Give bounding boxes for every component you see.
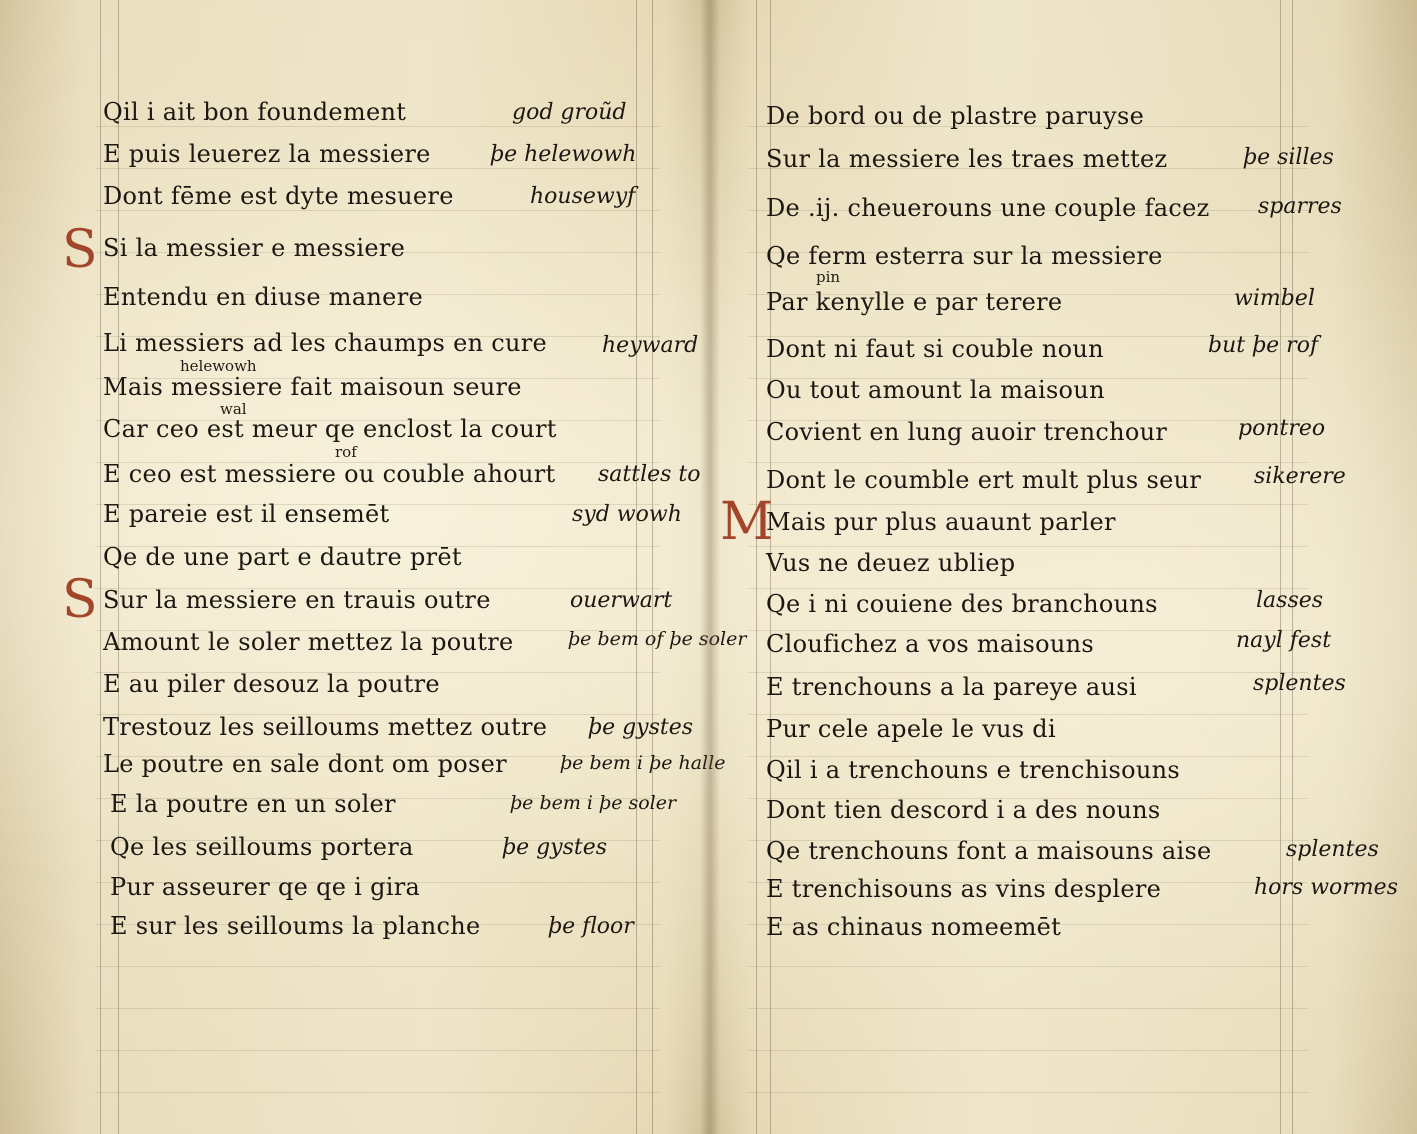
text-line: E ceo est messiere ou couble ahourt	[103, 460, 555, 488]
ruling-line	[95, 378, 660, 379]
ruling-line	[95, 714, 660, 715]
gloss: þe helewowh	[490, 142, 636, 167]
ruling-line	[95, 672, 660, 673]
text-line: Le poutre en sale dont om poser	[103, 750, 507, 778]
rubric-initial: S	[62, 224, 98, 276]
ruling-line	[95, 798, 660, 799]
ruling-line	[95, 546, 660, 547]
interlinear-gloss: rof	[335, 443, 357, 461]
ruling-line	[95, 504, 660, 505]
text-line: Pur cele apele le vus di	[766, 715, 1056, 743]
ruling-line	[748, 378, 1308, 379]
text-line: Dont ni faut si couble noun	[766, 335, 1104, 363]
gloss: þe gystes	[502, 835, 607, 860]
ruling-line	[95, 210, 660, 211]
ruling-line	[95, 252, 660, 253]
text-line: E as chinaus nomeemēt	[766, 913, 1061, 941]
rubric-initial: S	[62, 574, 98, 626]
margin-rule	[1292, 0, 1293, 1134]
margin-rule	[100, 0, 101, 1134]
text-line: De .ij. cheuerouns une couple facez	[766, 194, 1210, 222]
ruling-line	[748, 924, 1308, 925]
text-line: E puis leuerez la messiere	[103, 140, 431, 168]
text-line: Entendu en diuse manere	[103, 283, 423, 311]
ruling-line	[95, 168, 660, 169]
ruling-line	[95, 966, 660, 967]
text-line: Dont tien descord i a des nouns	[766, 796, 1160, 824]
margin-rule	[756, 0, 757, 1134]
gloss: syd wowh	[572, 502, 682, 527]
ruling-line	[748, 336, 1308, 337]
ruling-line	[748, 756, 1308, 757]
ruling-line	[748, 630, 1308, 631]
ruling-line	[748, 882, 1308, 883]
text-line: Cloufichez a vos maisouns	[766, 630, 1094, 658]
gloss: þe gystes	[588, 715, 693, 740]
margin-rule	[636, 0, 637, 1134]
ruling-line	[748, 1050, 1308, 1051]
text-line: Qe i ni couiene des branchouns	[766, 590, 1158, 618]
left-page: S S Qil i ait bon foundement god groũd E…	[0, 0, 708, 1134]
gloss: sikerere	[1254, 464, 1346, 489]
text-line: Li messiers ad les chaumps en cure	[103, 329, 547, 357]
ruling-line	[748, 966, 1308, 967]
gloss: nayl fest	[1236, 628, 1331, 653]
ruling-line	[748, 252, 1308, 253]
ruling-line	[748, 588, 1308, 589]
ruling-line	[95, 882, 660, 883]
gloss: þe floor	[548, 914, 634, 939]
text-line: Qe trenchouns font a maisouns aise	[766, 837, 1212, 865]
ruling-line	[95, 1050, 660, 1051]
ruling-line	[95, 840, 660, 841]
text-line: Qil i a trenchouns e trenchisouns	[766, 756, 1180, 784]
ruling-line	[95, 294, 660, 295]
gloss: sattles to	[598, 462, 701, 487]
gloss: wimbel	[1234, 286, 1315, 311]
ruling-line	[95, 126, 660, 127]
text-line: Ou tout amount la maisoun	[766, 376, 1105, 404]
text-line: Qe de une part e dautre prēt	[103, 543, 462, 571]
text-line: Sur la messiere en trauis outre	[103, 586, 491, 614]
ruling-line	[748, 168, 1308, 169]
ruling-line	[95, 588, 660, 589]
ruling-line	[748, 1008, 1308, 1009]
ruling-line	[748, 714, 1308, 715]
gloss: splentes	[1253, 671, 1346, 696]
text-line: Qe les seilloums portera	[110, 833, 414, 861]
ruling-line	[95, 420, 660, 421]
ruling-line	[95, 1008, 660, 1009]
text-line: E trenchouns a la pareye ausi	[766, 673, 1137, 701]
ruling-line	[95, 630, 660, 631]
text-line: Mais pur plus auaunt parler	[766, 508, 1116, 536]
ruling-line	[748, 504, 1308, 505]
ruling-line	[95, 924, 660, 925]
text-line: Vus ne deuez ubliер	[766, 549, 1015, 577]
ruling-line	[748, 840, 1308, 841]
ruling-line	[95, 462, 660, 463]
manuscript-spread: S S Qil i ait bon foundement god groũd E…	[0, 0, 1417, 1134]
ruling-line	[748, 546, 1308, 547]
gloss: þe bem i þe soler	[510, 792, 676, 814]
margin-rule	[652, 0, 653, 1134]
ruling-line	[95, 336, 660, 337]
ruling-line	[748, 420, 1308, 421]
ruling-line	[748, 1092, 1308, 1093]
ruling-line	[95, 756, 660, 757]
gloss: hors wormes	[1254, 875, 1398, 900]
text-line: Par kenylle e par terere	[766, 288, 1062, 316]
text-line: Pur asseurer qe qe i gira	[110, 873, 420, 901]
gloss: þe silles	[1243, 145, 1334, 170]
text-line: Si la messier e messiere	[103, 234, 405, 262]
margin-rule	[1280, 0, 1281, 1134]
text-line: Dont fēme est dyte mesuere	[103, 182, 454, 210]
ruling-line	[748, 126, 1308, 127]
ruling-line	[748, 672, 1308, 673]
text-line: Amount le soler mettez la poutre	[103, 628, 514, 656]
gloss: sparres	[1258, 194, 1342, 219]
text-line: E la poutre en un soler	[110, 790, 396, 818]
text-line: E sur les seilloums la planche	[110, 912, 481, 940]
text-line: E au piler desouz la poutre	[103, 670, 440, 698]
text-line: Dont le coumble ert mult plus seur	[766, 466, 1201, 494]
gloss: housewyf	[530, 184, 635, 209]
text-line: Qe ferm esterra sur la messiere	[766, 242, 1163, 270]
text-line: E trenchisouns as vins desplere	[766, 875, 1161, 903]
gloss: lasses	[1256, 588, 1323, 613]
text-line: Qil i ait bon foundement	[103, 98, 406, 126]
text-line: Trestouz les seilloums mettez outre	[103, 713, 547, 741]
gloss: god groũd	[512, 100, 627, 125]
interlinear-gloss: pin	[816, 268, 840, 286]
ruling-line	[748, 294, 1308, 295]
ruling-line	[748, 210, 1308, 211]
gloss: ouerwart	[570, 588, 672, 613]
right-page: M De bord ou de plastre paruyse Sur la m…	[708, 0, 1417, 1134]
ruling-line	[748, 798, 1308, 799]
ruling-line	[95, 1092, 660, 1093]
ruling-line	[748, 462, 1308, 463]
text-line: Covient en lung auoir trenchour	[766, 418, 1167, 446]
